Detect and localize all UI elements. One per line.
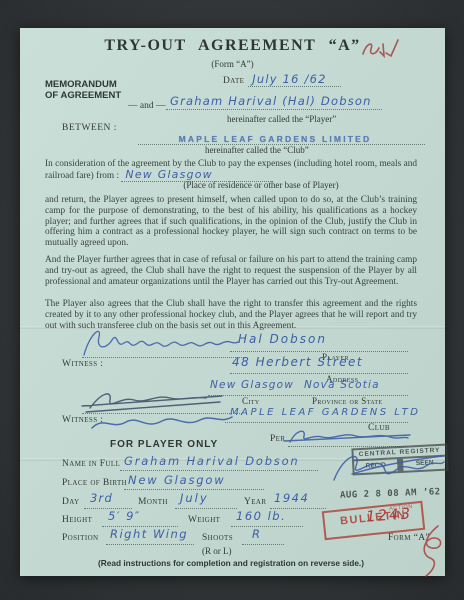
place-of-birth-handwritten: New Glasgow [128,473,225,487]
for-player-only-heading: FOR PLAYER ONLY [110,439,218,450]
date-value-handwritten: July 16 /62 [248,72,340,87]
player-line [230,350,408,352]
club-handwritten: MAPLE LEAF GARDENS LTD [230,407,421,418]
form-a-subtitle: (Form “A”) [20,59,445,69]
footer-instructions: (Read instructions for completion and re… [45,558,417,568]
red-pen-flourish [408,520,456,584]
weight-label: Weight [188,515,220,525]
witness1-line [82,356,244,358]
player-signature-handwritten: Hal Dobson [238,332,327,346]
month-handwritten: July [180,491,209,505]
position-handwritten: Right Wing [110,527,188,541]
club-name-stamp: MAPLE LEAF GARDENS LIMITED [150,134,400,144]
witness2-label: Witness : [62,415,103,425]
shoots-label: Shoots [202,533,233,543]
date-row: Date July 16 /62 [223,70,341,88]
between-label: BETWEEN : [62,123,117,133]
date-label: Date [223,76,244,86]
address-handwritten: 48 Herbert Street [232,355,363,369]
day-label: Day [62,497,80,507]
name-in-full-handwritten: Graham Harival Dobson [124,454,300,468]
weight-line [231,525,303,527]
and-label: — and — [128,101,165,111]
memorandum-line2: OF AGREEMENT [45,90,121,101]
province-handwritten: Nova Scotia [304,379,380,391]
paragraph-return: and return, the Player agrees to present… [45,195,417,249]
name-line [120,469,318,471]
weight-handwritten: 160 lb. [236,509,286,523]
player-only-signature-ink [322,446,447,488]
paragraph-refusal: And the Player further agrees that in ca… [45,255,417,287]
place-caption: (Place of residence or other base of Pla… [75,180,447,190]
scan-photo: { "doc": { "title": "TRY-OUT AGREEMENT “… [0,0,464,600]
province-label: Province or State [312,396,383,406]
player-suffix: hereinafter called the “Player” [227,114,336,124]
player-name-handwritten: Graham Harival (Hal) Dobson [166,94,382,110]
shoots-line [242,543,284,545]
witness1-label: Witness : [62,359,103,369]
month-line [175,507,237,509]
bulletin-handwritten-number: 1243 [365,504,412,525]
year-label: Year [244,497,266,507]
witness2-line [82,412,242,414]
agreement-paper: TRY-OUT AGREEMENT “A” (Form “A”) Date Ju… [20,28,445,576]
position-line [106,543,194,545]
birth-line [124,488,264,490]
name-in-full-label: Name in Full [62,459,120,469]
memorandum-line1: MEMORANDUM [45,79,121,90]
address-line [230,372,408,374]
place-of-birth-label: Place of Birth [62,478,127,488]
shoots-caption: (R or L) [202,546,232,556]
position-label: Position [62,533,98,543]
shoots-handwritten: R [252,527,261,541]
memorandum-heading: MEMORANDUM OF AGREEMENT [45,79,121,101]
paragraph-consideration: In consideration of the agreement by the… [45,159,417,182]
height-label: Height [62,515,92,525]
received-date-stamp: AUG 2 8 08 AM ’62 [340,487,441,501]
month-label: Month [138,497,168,507]
height-handwritten: 5′ 9″ [108,509,141,523]
day-handwritten: 3rd [90,491,113,505]
year-handwritten: 1944 [274,491,309,505]
club-suffix: hereinafter called the “Club” [205,145,309,155]
